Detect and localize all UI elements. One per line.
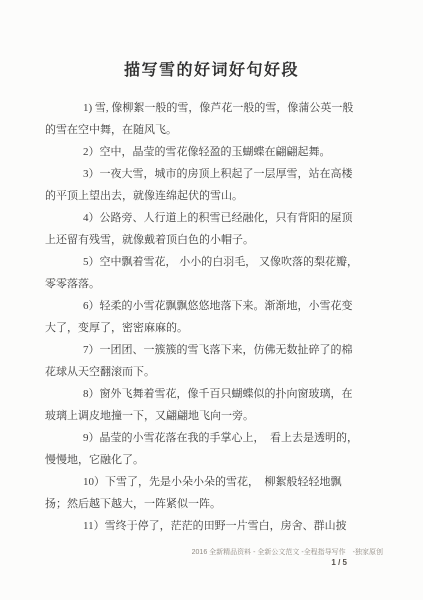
paragraph-10: 10）下雪了，先是小朵小朵的雪花， 柳絮般轻轻地飘扬；然后越下越大，一阵紧似一阵…: [45, 471, 361, 515]
page-number: 1 / 5: [192, 558, 347, 568]
paragraph-7: 7）一团团、一簇簇的雪飞落下来，仿佛无数扯碎了的棉花球从天空翻滚而下。: [45, 339, 361, 383]
paragraph-11: 11）雪终于停了，茫茫的田野一片雪白，房舍、群山披: [45, 515, 361, 537]
paragraph-4: 4）公路旁、人行道上的积雪已经融化，只有背阳的屋顶上还留有残雪，就像戴着顶白色的…: [45, 207, 361, 251]
paragraph-1: 1) 雪, 像柳絮一般的雪，像芦花一般的雪，像蒲公英一般的雪在空中舞，在随风飞。: [45, 97, 361, 141]
paragraph-3: 3）一夜大雪，城市的房顶上积起了一层厚雪，站在高楼的平顶上望出去，就像连绵起伏的…: [45, 163, 361, 207]
paragraph-8: 8）窗外飞舞着雪花，像千百只蝴蝶似的扑向窗玻璃，在玻璃上调皮地撞一下，又翩翩地飞…: [45, 383, 361, 427]
document-page: 描写雪的好词好句好段 1) 雪, 像柳絮一般的雪，像芦花一般的雪，像蒲公英一般的…: [0, 0, 423, 600]
paragraph-5: 5）空中飘着雪花， 小小的白羽毛， 又像吹落的梨花瓣，零零落落。: [45, 251, 361, 295]
paragraph-9: 9）晶莹的小雪花落在我的手掌心上， 看上去是透明的，慢慢地，它融化了。: [45, 427, 361, 471]
page-footer: 2016 全新精品资料 - 全新公文范文 -全程指导写作 -独家原创 1 / 5: [192, 548, 383, 568]
page-title: 描写雪的好词好句好段: [0, 0, 423, 80]
paragraph-6: 6）轻柔的小雪花飘飘悠悠地落下来。渐渐地，小雪花变大了，变厚了，密密麻麻的。: [45, 295, 361, 339]
document-body: 1) 雪, 像柳絮一般的雪，像芦花一般的雪，像蒲公英一般的雪在空中舞，在随风飞。…: [45, 97, 361, 537]
footer-credit: 2016 全新精品资料 - 全新公文范文 -全程指导写作 -独家原创: [192, 548, 383, 558]
paragraph-2: 2）空中，晶莹的雪花像轻盈的玉蝴蝶在翩翩起舞。: [45, 141, 361, 163]
